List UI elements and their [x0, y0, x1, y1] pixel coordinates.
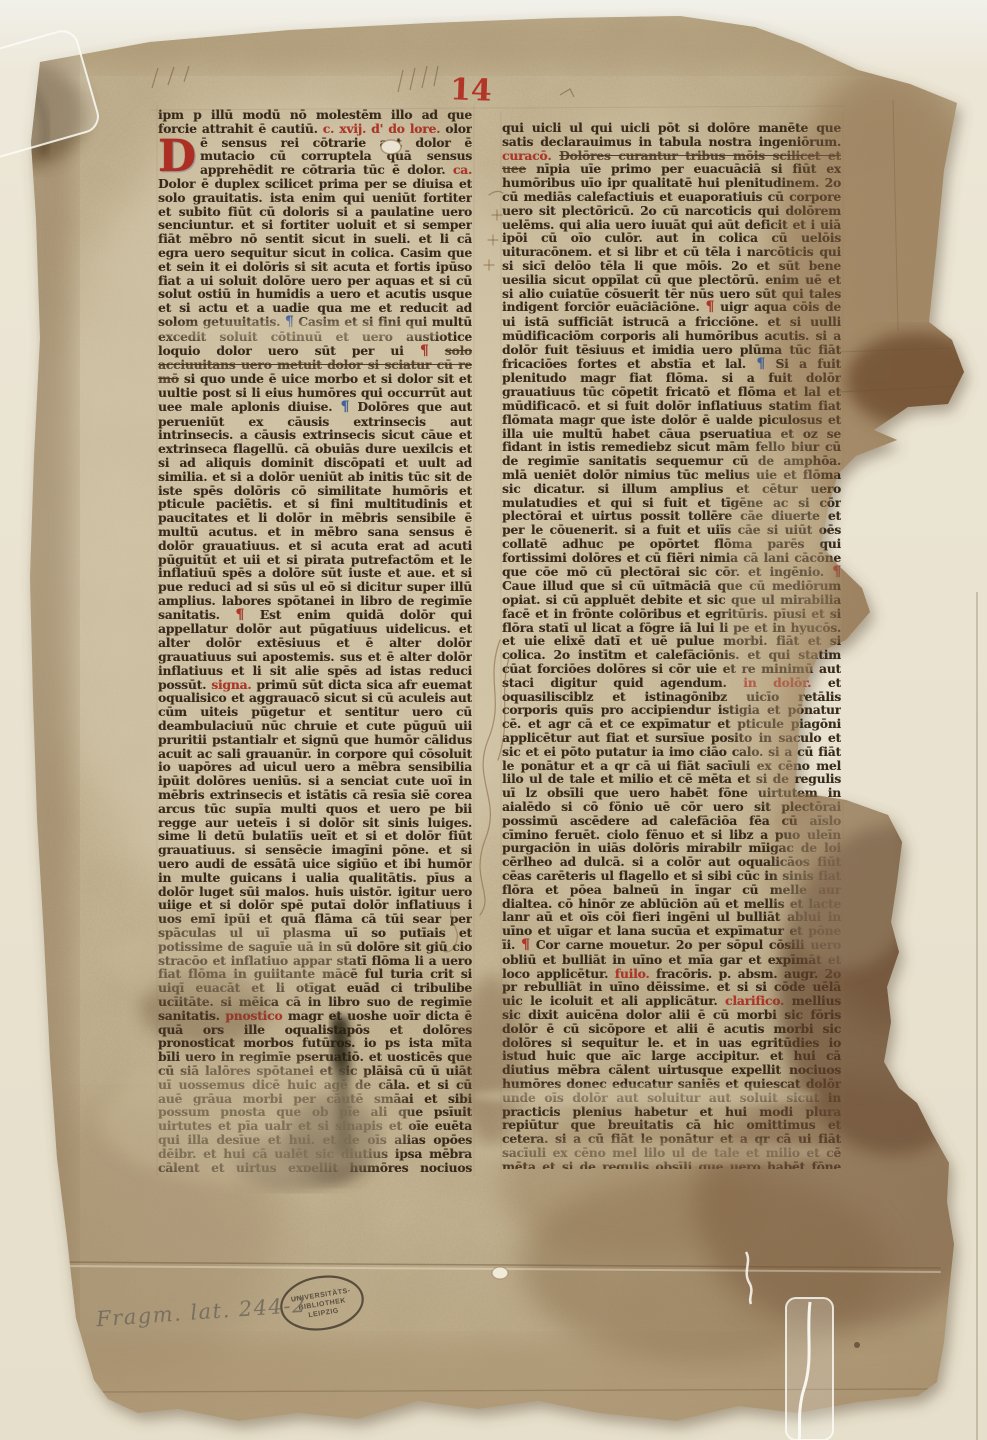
folio-number: 14: [449, 75, 492, 106]
paragraph-mark: ¶: [285, 314, 294, 330]
manuscript-photo: ipm p illū modū nō molestēm illo ad que …: [0, 0, 987, 1440]
paragraph-mark: ¶: [235, 607, 244, 623]
paragraph-mark: ¶: [832, 564, 841, 580]
rubric: ca.: [453, 162, 472, 177]
left-text-column: ipm p illū modū nō molestēm illo ad que …: [158, 108, 472, 1172]
rubric: fuilo.: [615, 966, 650, 981]
body-text: Dolōres que aut perueniūt ex cāusis extr…: [158, 399, 472, 608]
body-text: et oquasilisciblz et istinagōnibz uicīo …: [502, 675, 841, 952]
paragraph-mark: ¶: [756, 356, 765, 372]
body-text: qui uicli ul qui uicli pōt si dolōre man…: [502, 121, 841, 149]
paragraph-mark: ¶: [340, 399, 349, 415]
paragraph-mark: ¶: [705, 299, 714, 315]
rubric: lore.: [410, 121, 440, 136]
rubric: signa.: [211, 677, 251, 692]
rubric: curacō.: [502, 148, 551, 163]
body-text: Si a fuit plenitudo magr fiat flōma. si …: [502, 356, 841, 469]
paragraph-mark: ¶: [420, 343, 429, 359]
rubric: pnostico: [225, 1008, 282, 1023]
body-text: et hui cā ualēt sic diutius ipsa mēbra c…: [158, 1146, 472, 1172]
right-text-column: qui uicli ul qui uicli pōt si dolōre man…: [502, 121, 841, 1169]
body-text: et hui cā diutius mēbra cālent uirtusque…: [502, 1048, 841, 1169]
rubric: in dolōr.: [743, 675, 811, 690]
body-text: igitur uero uiige et si dolōr spē putaī …: [158, 884, 472, 1023]
decorated-initial: D: [158, 138, 196, 175]
body-text: mlā ueniēt dolōr nimius tūc melius uie e…: [502, 467, 841, 579]
rubric: clarifico.: [725, 993, 784, 1008]
body-text: primū sūt dicta sica afr euemat oqualisi…: [158, 677, 472, 899]
paragraph-mark: ¶: [521, 937, 530, 953]
rubric: c. xvij. d' do: [323, 121, 405, 136]
body-text: nīpia uīe primo per euacuāciā si fiūt ex…: [502, 161, 841, 286]
